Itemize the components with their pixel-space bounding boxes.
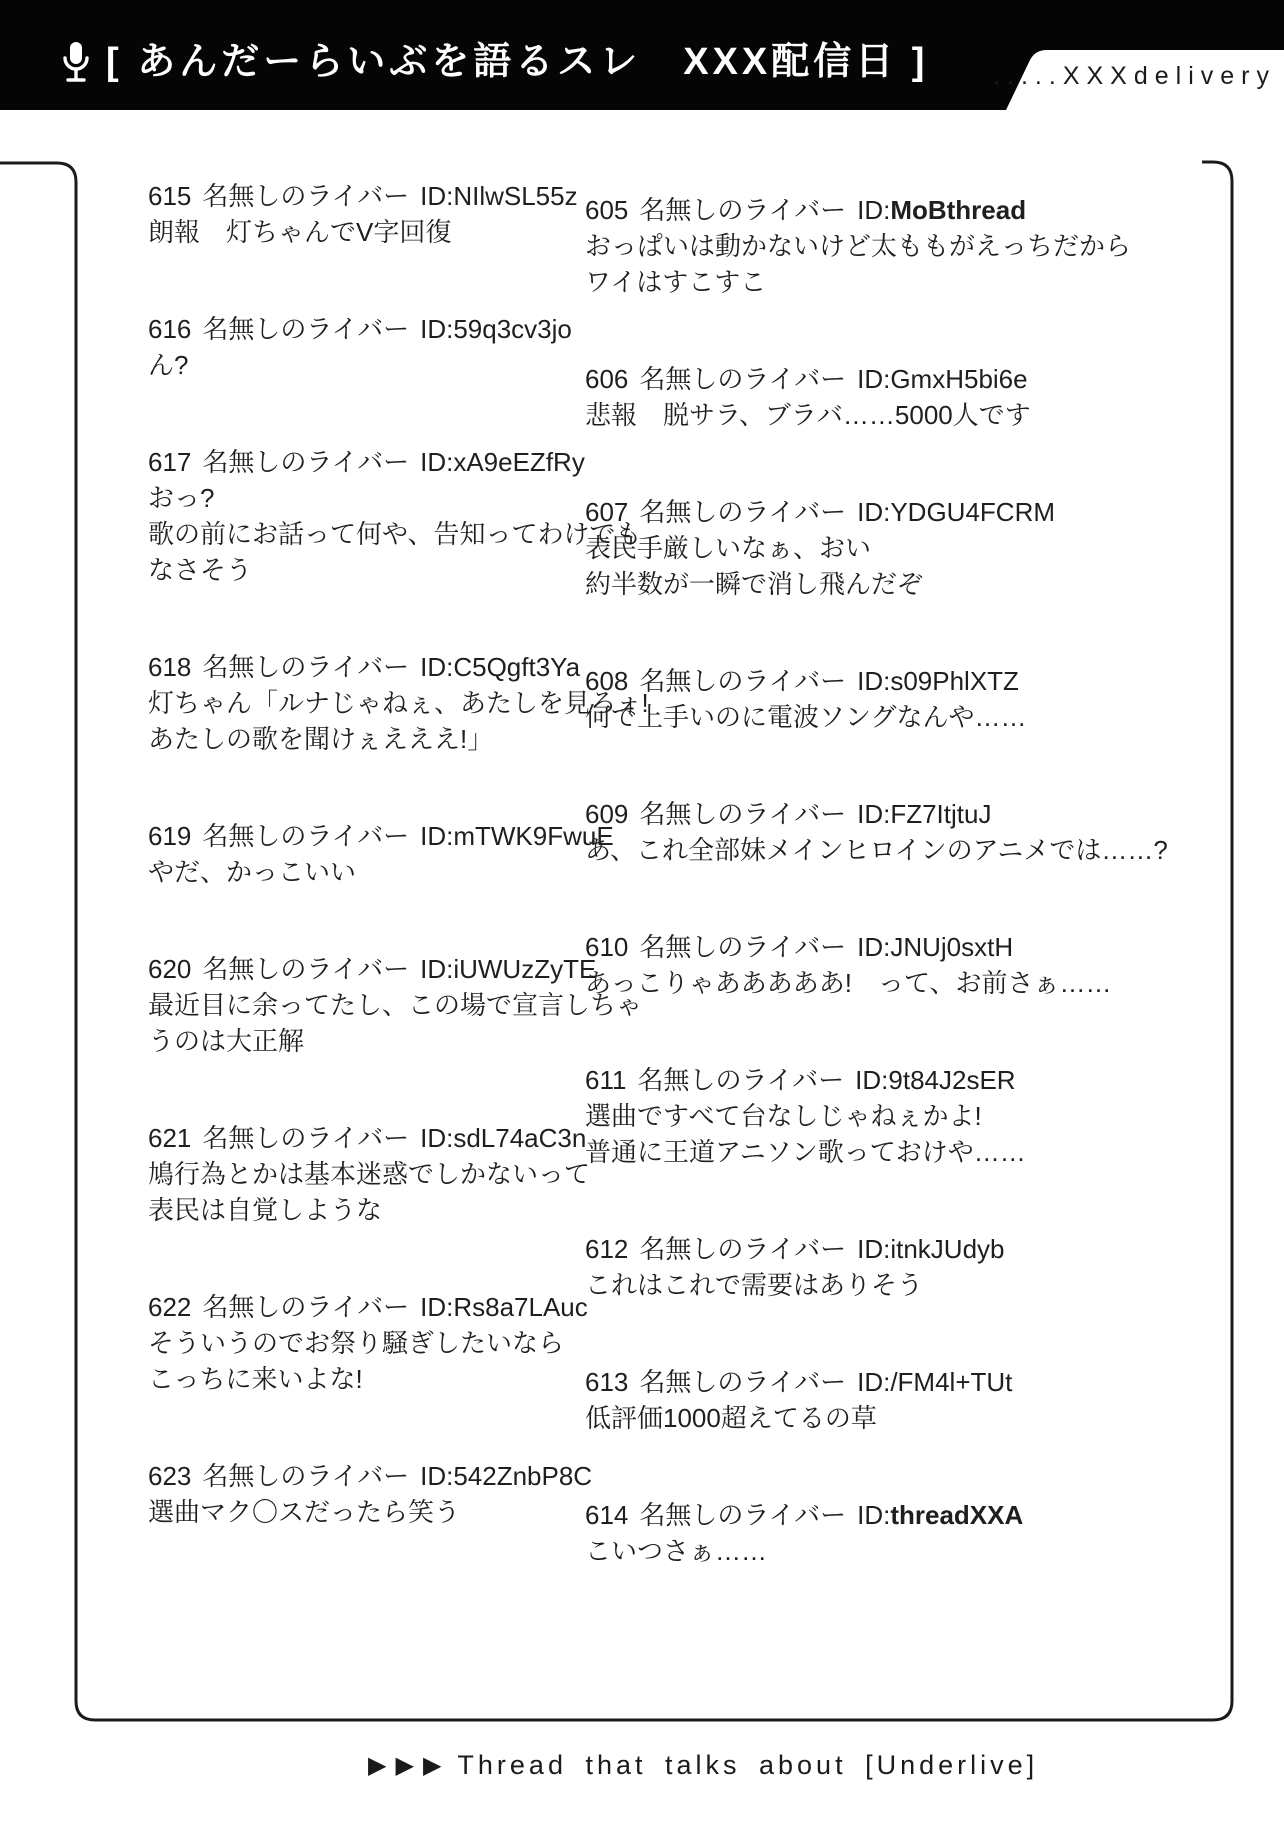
forum-post: 613名無しのライバーID:/FM4l+TUt 低評価1000超えてるの草 [585,1364,1245,1436]
id-prefix: ID: [857,1234,890,1264]
post-body-line: 表民は自覚しような [148,1192,618,1228]
forum-post: 618名無しのライバーID:C5Qgft3Ya 灯ちゃん「ルナじゃねぇ、あたしを… [148,649,618,757]
post-number: 608 [585,666,628,696]
poster-name: 名無しのライバー [202,821,409,851]
id-value: 542ZnbP8C [453,1461,592,1491]
id-prefix: ID: [420,1292,453,1322]
post-body: 選曲マク〇スだったら笑う [148,1494,618,1530]
post-id: ID:542ZnbP8C [420,1461,592,1491]
poster-name: 名無しのライバー [639,799,846,829]
post-number: 610 [585,932,628,962]
post-id: ID:Rs8a7LAuc [420,1292,588,1322]
post-id: ID:threadXXA [857,1500,1023,1530]
post-body-line: あ、これ全部妹メインヒロインのアニメでは……? [585,832,1245,868]
post-body-line: おっぱいは動かないけど太ももがえっちだから [585,228,1245,264]
id-prefix: ID: [420,447,453,477]
id-prefix: ID: [857,799,890,829]
post-header: 622名無しのライバーID:Rs8a7LAuc [148,1289,618,1325]
poster-name: 名無しのライバー [639,1500,846,1530]
post-header: 620名無しのライバーID:iUWUzZyTE [148,951,618,987]
poster-name: 名無しのライバー [639,1234,846,1264]
id-prefix: ID: [420,1461,453,1491]
post-number: 609 [585,799,628,829]
post-body: 最近目に余ってたし、この場で宣言しちゃうのは大正解 [148,987,618,1059]
post-body: やだ、かっこいい [148,854,618,890]
post-header: 613名無しのライバーID:/FM4l+TUt [585,1364,1245,1400]
post-body-line: こいつさぁ…… [585,1533,1245,1569]
post-header: 615名無しのライバーID:NIlwSL55z [148,178,618,214]
forum-post: 616名無しのライバーID:59q3cv3jo ん? [148,311,618,383]
post-body-line: 悲報 脱サラ、ブラバ……5000人です [585,397,1245,433]
post-id: ID:GmxH5bi6e [857,364,1028,394]
post-number: 618 [148,652,191,682]
id-prefix: ID: [857,666,890,696]
post-id: ID:59q3cv3jo [420,314,572,344]
id-value: JNUj0sxtH [890,932,1013,962]
post-body: 何で上手いのに電波ソングなんや…… [585,699,1245,735]
id-value: MoBthread [890,195,1026,225]
post-id: ID:/FM4l+TUt [857,1367,1012,1397]
post-body-line: あっこりゃあああああ! って、お前さぁ…… [585,965,1245,1001]
post-body-line: 普通に王道アニソン歌っておけや…… [585,1134,1245,1170]
post-id: ID:sdL74aC3n [420,1123,586,1153]
id-prefix: ID: [420,821,453,851]
post-body: 表民手厳しいなぁ、おい約半数が一瞬で消し飛んだぞ [585,530,1245,602]
id-value: Rs8a7LAuc [453,1292,587,1322]
post-id: ID:9t84J2sER [855,1065,1015,1095]
post-body-line: そういうのでお祭り騒ぎしたいなら [148,1325,618,1361]
post-body: 灯ちゃん「ルナじゃねぇ、あたしを見ろォ!あたしの歌を聞けぇえええ!」 [148,685,618,757]
post-body-line: 何で上手いのに電波ソングなんや…… [585,699,1245,735]
play-arrow-icon: ▶ [368,1754,386,1778]
post-body: これはこれで需要はありそう [585,1267,1245,1303]
poster-name: 名無しのライバー [202,652,409,682]
id-prefix: ID: [857,1367,890,1397]
post-header: 605名無しのライバーID:MoBthread [585,192,1245,228]
poster-name: 名無しのライバー [639,666,846,696]
forum-post: 609名無しのライバーID:FZ7ItjtuJ あ、これ全部妹メインヒロインのア… [585,796,1245,868]
id-prefix: ID: [857,497,890,527]
id-prefix: ID: [857,932,890,962]
post-id: ID:xA9eEZfRy [420,447,585,477]
post-body-line: 選曲ですべて台なしじゃねぇかよ! [585,1098,1245,1134]
forum-post: 606名無しのライバーID:GmxH5bi6e 悲報 脱サラ、ブラバ……5000… [585,361,1245,433]
post-number: 615 [148,181,191,211]
post-body-line: 鳩行為とかは基本迷惑でしかないって [148,1156,618,1192]
forum-post: 608名無しのライバーID:s09PhlXTZ 何で上手いのに電波ソングなんや…… [585,663,1245,735]
post-id: ID:itnkJUdyb [857,1234,1004,1264]
forum-post: 617名無しのライバーID:xA9eEZfRy おっ?歌の前にお話って何や、告知… [148,444,618,588]
post-number: 607 [585,497,628,527]
post-number: 611 [585,1065,626,1095]
post-id: ID:YDGU4FCRM [857,497,1055,527]
id-value: /FM4l+TUt [890,1367,1012,1397]
post-body: 鳩行為とかは基本迷惑でしかないって表民は自覚しような [148,1156,618,1228]
post-number: 616 [148,314,191,344]
footer-caption: ▶ ▶ ▶ Thread that talks about [Underlive… [368,1752,1038,1779]
post-body: そういうのでお祭り騒ぎしたいならこっちに来いよな! [148,1325,618,1397]
id-value: NIlwSL55z [453,181,577,211]
thread-column-left: 615名無しのライバーID:NIlwSL55z 朗報 灯ちゃんでV字回復 616… [148,178,618,1591]
post-body-line: 朗報 灯ちゃんでV字回復 [148,214,618,250]
post-header: 619名無しのライバーID:mTWK9FwuE [148,818,618,854]
post-body-line: 最近目に余ってたし、この場で宣言しちゃ [148,987,618,1023]
post-body: 選曲ですべて台なしじゃねぇかよ!普通に王道アニソン歌っておけや…… [585,1098,1245,1170]
post-number: 619 [148,821,191,851]
post-header: 617名無しのライバーID:xA9eEZfRy [148,444,618,480]
play-arrow-icon: ▶ [423,1754,441,1778]
forum-post: 619名無しのライバーID:mTWK9FwuE やだ、かっこいい [148,818,618,890]
post-header: 608名無しのライバーID:s09PhlXTZ [585,663,1245,699]
poster-name: 名無しのライバー [202,1292,409,1322]
post-header: 616名無しのライバーID:59q3cv3jo [148,311,618,347]
footer-caption-text: Thread that talks about [Underlive] [457,1752,1038,1779]
id-prefix: ID: [420,652,453,682]
thread-column-right: 605名無しのライバーID:MoBthread おっぱいは動かないけど太ももがえ… [585,192,1245,1630]
poster-name: 名無しのライバー [202,1123,409,1153]
post-number: 621 [148,1123,191,1153]
poster-name: 名無しのライバー [637,1065,844,1095]
post-number: 614 [585,1500,628,1530]
poster-name: 名無しのライバー [202,447,409,477]
id-prefix: ID: [857,195,890,225]
post-body-line: 歌の前にお話って何や、告知ってわけでも [148,516,618,552]
footer-arrows: ▶ ▶ ▶ [368,1754,441,1778]
post-header: 611名無しのライバーID:9t84J2sER [585,1062,1245,1098]
thread-title: [ あんだーらいぶを語るスレ XXX配信日 ] [60,40,928,84]
post-id: ID:s09PhlXTZ [857,666,1019,696]
thread-title-bar: [ あんだーらいぶを語るスレ XXX配信日 ] .....XXXdelivery [0,0,1284,112]
forum-post: 615名無しのライバーID:NIlwSL55z 朗報 灯ちゃんでV字回復 [148,178,618,250]
post-body: あっこりゃあああああ! って、お前さぁ…… [585,965,1245,1001]
poster-name: 名無しのライバー [639,364,846,394]
id-value: FZ7ItjtuJ [890,799,991,829]
post-number: 620 [148,954,191,984]
post-body-line: 選曲マク〇スだったら笑う [148,1494,618,1530]
post-number: 623 [148,1461,191,1491]
forum-post: 620名無しのライバーID:iUWUzZyTE 最近目に余ってたし、この場で宣言… [148,951,618,1059]
post-body: おっ?歌の前にお話って何や、告知ってわけでもなさそう [148,480,618,588]
post-body-line: こっちに来いよな! [148,1361,618,1397]
post-header: 609名無しのライバーID:FZ7ItjtuJ [585,796,1245,832]
post-body-line: あたしの歌を聞けぇえええ!」 [148,721,618,757]
post-body: 悲報 脱サラ、ブラバ……5000人です [585,397,1245,433]
post-id: ID:MoBthread [857,195,1026,225]
forum-post: 611名無しのライバーID:9t84J2sER 選曲ですべて台なしじゃねぇかよ!… [585,1062,1245,1170]
id-prefix: ID: [857,364,890,394]
forum-post: 607名無しのライバーID:YDGU4FCRM 表民手厳しいなぁ、おい約半数が一… [585,494,1245,602]
id-value: iUWUzZyTE [453,954,596,984]
post-body-line: なさそう [148,552,618,588]
id-value: s09PhlXTZ [890,666,1019,696]
poster-name: 名無しのライバー [202,954,409,984]
poster-name: 名無しのライバー [202,181,409,211]
id-prefix: ID: [420,954,453,984]
post-body-line: おっ? [148,480,618,516]
poster-name: 名無しのライバー [202,314,409,344]
forum-post: 605名無しのライバーID:MoBthread おっぱいは動かないけど太ももがえ… [585,192,1245,300]
play-arrow-icon: ▶ [395,1754,413,1778]
id-prefix: ID: [855,1065,888,1095]
post-body-line: やだ、かっこいい [148,854,618,890]
forum-post: 612名無しのライバーID:itnkJUdyb これはこれで需要はありそう [585,1231,1245,1303]
forum-post: 622名無しのライバーID:Rs8a7LAuc そういうのでお祭り騒ぎしたいなら… [148,1289,618,1397]
post-body-line: うのは大正解 [148,1023,618,1059]
id-prefix: ID: [420,1123,453,1153]
post-number: 612 [585,1234,628,1264]
post-header: 607名無しのライバーID:YDGU4FCRM [585,494,1245,530]
forum-post: 614名無しのライバーID:threadXXA こいつさぁ…… [585,1497,1245,1569]
post-id: ID:C5Qgft3Ya [420,652,580,682]
post-header: 623名無しのライバーID:542ZnbP8C [148,1458,618,1494]
forum-post: 621名無しのライバーID:sdL74aC3n 鳩行為とかは基本迷惑でしかないっ… [148,1120,618,1228]
post-number: 622 [148,1292,191,1322]
post-body: 朗報 灯ちゃんでV字回復 [148,214,618,250]
delivery-label: .....XXXdelivery [993,64,1276,89]
id-value: itnkJUdyb [890,1234,1004,1264]
poster-name: 名無しのライバー [639,1367,846,1397]
post-header: 606名無しのライバーID:GmxH5bi6e [585,361,1245,397]
post-number: 617 [148,447,191,477]
thread-title-text: [ あんだーらいぶを語るスレ XXX配信日 ] [106,43,928,81]
id-value: 59q3cv3jo [453,314,572,344]
post-body: あ、これ全部妹メインヒロインのアニメでは……? [585,832,1245,868]
post-body: ん? [148,347,618,383]
post-body-line: 灯ちゃん「ルナじゃねぇ、あたしを見ろォ! [148,685,618,721]
post-body-line: 表民手厳しいなぁ、おい [585,530,1245,566]
id-value: 9t84J2sER [888,1065,1015,1095]
post-body: こいつさぁ…… [585,1533,1245,1569]
post-id: ID:NIlwSL55z [420,181,578,211]
id-value: C5Qgft3Ya [453,652,580,682]
id-prefix: ID: [857,1500,890,1530]
id-value: sdL74aC3n [453,1123,586,1153]
post-body: おっぱいは動かないけど太ももがえっちだからワイはすこすこ [585,228,1245,300]
id-prefix: ID: [420,314,453,344]
post-id: ID:FZ7ItjtuJ [857,799,991,829]
post-body-line: ワイはすこすこ [585,264,1245,300]
id-value: GmxH5bi6e [890,364,1027,394]
poster-name: 名無しのライバー [639,932,846,962]
post-body-line: 約半数が一瞬で消し飛んだぞ [585,566,1245,602]
post-header: 610名無しのライバーID:JNUj0sxtH [585,929,1245,965]
book-page: [ あんだーらいぶを語るスレ XXX配信日 ] .....XXXdelivery… [0,0,1284,1826]
post-number: 613 [585,1367,628,1397]
microphone-icon [60,40,92,84]
id-value: xA9eEZfRy [453,447,585,477]
poster-name: 名無しのライバー [202,1461,409,1491]
post-header: 612名無しのライバーID:itnkJUdyb [585,1231,1245,1267]
forum-post: 623名無しのライバーID:542ZnbP8C 選曲マク〇スだったら笑う [148,1458,618,1530]
post-header: 618名無しのライバーID:C5Qgft3Ya [148,649,618,685]
post-id: ID:JNUj0sxtH [857,932,1013,962]
id-value: threadXXA [890,1500,1023,1530]
post-number: 605 [585,195,628,225]
post-header: 614名無しのライバーID:threadXXA [585,1497,1245,1533]
id-value: YDGU4FCRM [890,497,1055,527]
poster-name: 名無しのライバー [639,195,846,225]
post-number: 606 [585,364,628,394]
forum-post: 610名無しのライバーID:JNUj0sxtH あっこりゃあああああ! って、お… [585,929,1245,1001]
id-prefix: ID: [420,181,453,211]
post-body: 低評価1000超えてるの草 [585,1400,1245,1436]
post-body-line: これはこれで需要はありそう [585,1267,1245,1303]
post-body-line: ん? [148,347,618,383]
post-id: ID:iUWUzZyTE [420,954,596,984]
poster-name: 名無しのライバー [639,497,846,527]
post-body-line: 低評価1000超えてるの草 [585,1400,1245,1436]
post-header: 621名無しのライバーID:sdL74aC3n [148,1120,618,1156]
